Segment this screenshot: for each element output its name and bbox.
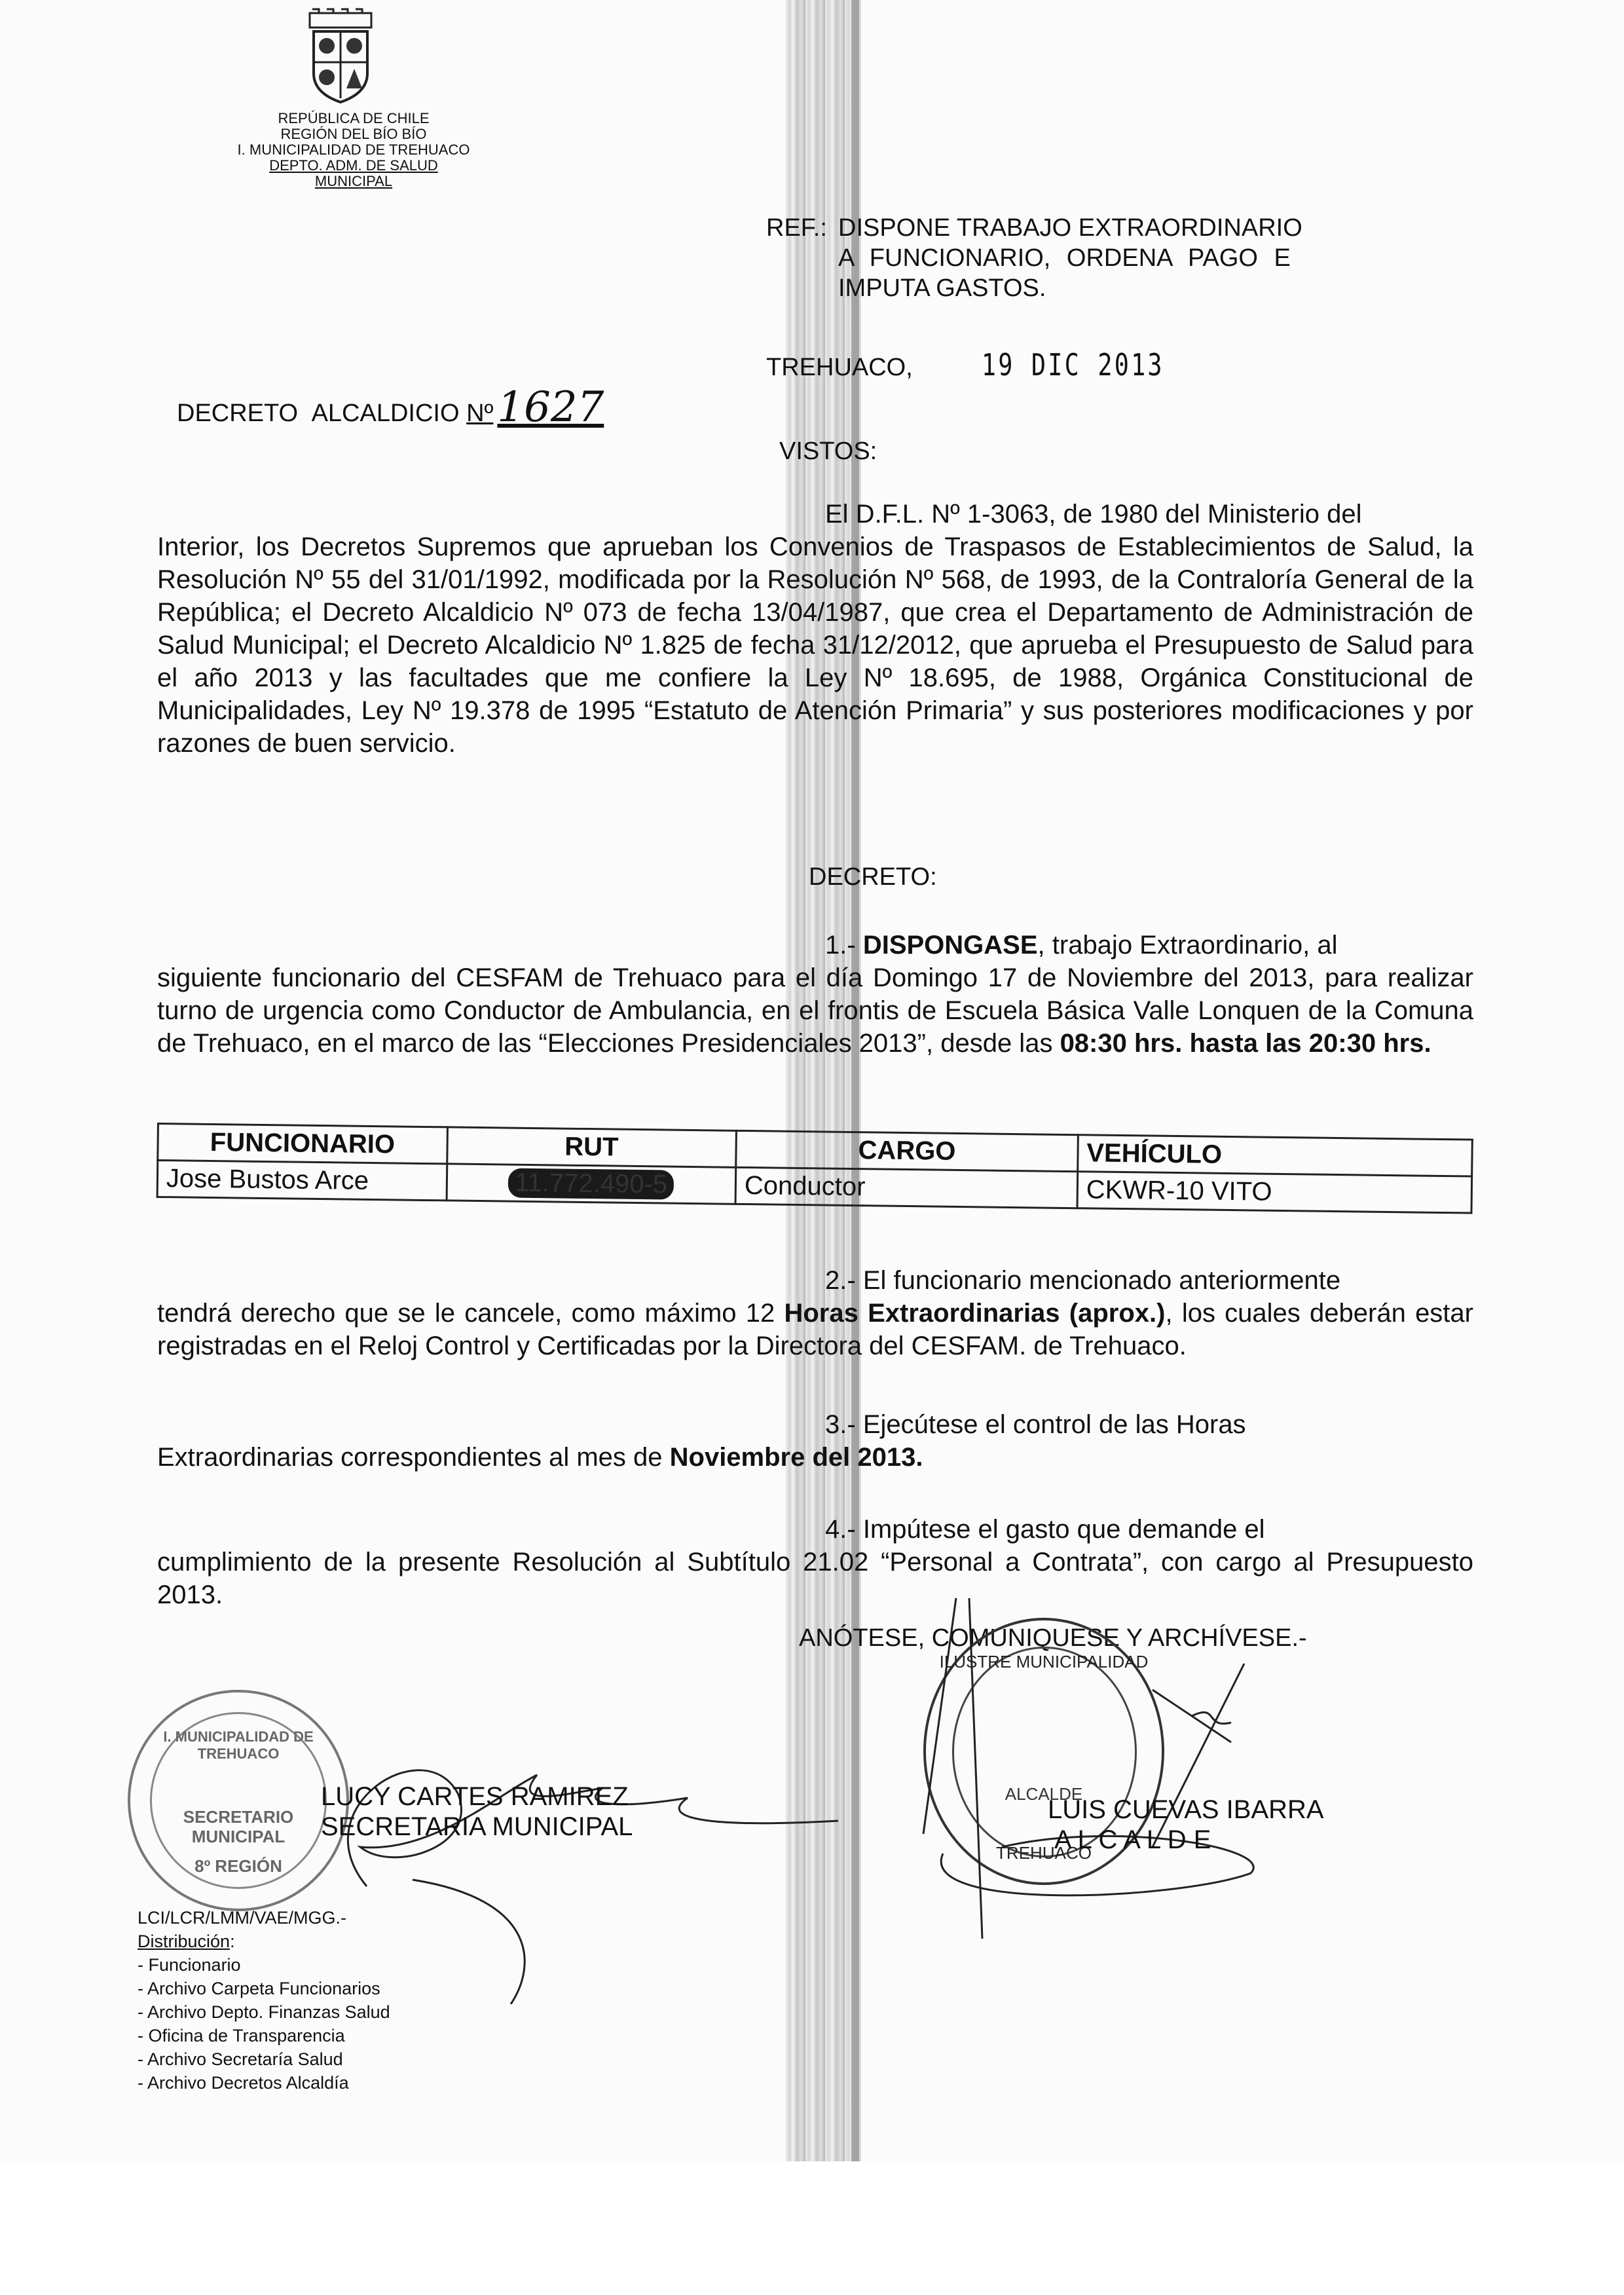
item-lead: Impútese el gasto que demande el	[863, 1515, 1265, 1544]
reference-block: REF.: DISPONE TRABAJO EXTRAORDINARIO A F…	[766, 213, 1302, 303]
distribution-item: - Funcionario	[138, 1953, 390, 1977]
item-lead: El funcionario mencionado anteriormente	[863, 1266, 1340, 1295]
vistos-title: VISTOS:	[779, 438, 877, 466]
secretary-name: LUCY CARTES RAMIREZ	[321, 1782, 633, 1812]
handwritten-number: 1627	[497, 383, 604, 432]
decreto-title: DECRETO:	[809, 863, 937, 891]
item-body: tendrá derecho que se le cancele, como m…	[157, 1299, 784, 1328]
page-bottom-margin	[0, 2161, 1624, 2295]
col-funcionario: FUNCIONARIO	[158, 1124, 447, 1164]
distribution-item: - Archivo Depto. Finanzas Salud	[138, 2000, 390, 2024]
distribution-item: - Oficina de Transparencia	[138, 2024, 390, 2047]
item-lead: , trabajo Extraordinario, al	[1038, 931, 1338, 960]
place-date: TREHUACO, 19 DIC 2013	[766, 347, 1187, 382]
item-mid: . hasta las	[1175, 1029, 1309, 1058]
reference-label: REF.:	[766, 213, 838, 243]
cell-cargo: Conductor	[735, 1167, 1077, 1208]
vistos-body: Interior, los Decretos Supremos que apru…	[157, 532, 1473, 758]
mayor-name: LUIS CUEVAS IBARRA	[1048, 1795, 1324, 1825]
cell-funcionario: Jose Bustos Arce	[157, 1161, 447, 1201]
time-from: 08:30 hrs	[1060, 1029, 1175, 1058]
item-body: Extraordinarias correspondientes al mes …	[157, 1443, 670, 1472]
cell-vehiculo: CKWR-10 VITO	[1077, 1172, 1472, 1213]
item-lead-bold: DISPONGASE	[863, 931, 1038, 960]
header-line: REGIÓN DEL BÍO BÍO	[236, 126, 471, 142]
mayor-signature-block: LUIS CUEVAS IBARRA A L C A L D E	[1048, 1795, 1324, 1855]
item-number: 1.-	[825, 931, 856, 960]
staff-table: FUNCIONARIO RUT CARGO VEHÍCULO Jose Bust…	[157, 1123, 1473, 1214]
date-stamp: 19 DIC 2013	[982, 347, 1164, 382]
decree-label: DECRETO ALCALDICIO	[177, 400, 460, 427]
item-number: 2.-	[825, 1266, 856, 1295]
reference-line: IMPUTA GASTOS.	[838, 273, 1302, 303]
document-page: REPÚBLICA DE CHILE REGIÓN DEL BÍO BÍO I.…	[0, 0, 1624, 2295]
item-lead: Ejecútese el control de las Horas	[863, 1410, 1246, 1439]
cell-rut-redacted: 11.772.490-5	[508, 1168, 674, 1200]
number-prefix: Nº	[466, 400, 493, 427]
coat-of-arms-icon	[304, 7, 377, 105]
vistos-paragraph: El D.F.L. Nº 1-3063, de 1980 del Ministe…	[157, 498, 1473, 760]
decree-number: DECRETO ALCALDICIO Nº1627	[177, 383, 604, 432]
distribution-footer: LCI/LCR/LMM/VAE/MGG.- Distribución: - Fu…	[138, 1906, 390, 2095]
initials: LCI/LCR/LMM/VAE/MGG.-	[138, 1906, 390, 1930]
secretary-title: SECRETARIA MUNICIPAL	[321, 1812, 633, 1842]
header-line: DEPTO. ADM. DE SALUD MUNICIPAL	[236, 158, 471, 189]
secretary-signature-block: LUCY CARTES RAMIREZ SECRETARIA MUNICIPAL	[321, 1782, 633, 1842]
distribution-item: - Archivo Secretaría Salud	[138, 2047, 390, 2071]
col-vehiculo: VEHÍCULO	[1078, 1135, 1473, 1176]
decree-item-2: 2.- El funcionario mencionado anteriorme…	[157, 1264, 1473, 1362]
item-bold: Horas Extraordinarias (aprox.)	[784, 1299, 1165, 1328]
place: TREHUACO,	[766, 354, 913, 381]
col-cargo: CARGO	[736, 1130, 1078, 1171]
header-line: REPÚBLICA DE CHILE	[236, 111, 471, 126]
distribution-item: - Archivo Decretos Alcaldía	[138, 2071, 390, 2095]
item-number: 3.-	[825, 1410, 856, 1439]
header-line: I. MUNICIPALIDAD DE TREHUACO	[236, 142, 471, 158]
item-number: 4.-	[825, 1515, 856, 1544]
mayor-title: A L C A L D E	[1048, 1825, 1324, 1855]
decree-item-3: 3.- Ejecútese el control de las Horas Ex…	[157, 1408, 1473, 1474]
col-rut: RUT	[447, 1127, 736, 1167]
reference-line: A FUNCIONARIO, ORDENA PAGO E	[838, 243, 1302, 273]
decree-item-1: 1.- DISPONGASE, trabajo Extraordinario, …	[157, 929, 1473, 1060]
mayor-signature-icon	[786, 1572, 1441, 1939]
letterhead: REPÚBLICA DE CHILE REGIÓN DEL BÍO BÍO I.…	[236, 7, 471, 189]
item-bold: Noviembre del 2013.	[670, 1443, 923, 1472]
reference-line: DISPONE TRABAJO EXTRAORDINARIO	[838, 213, 1302, 243]
vistos-first-line: El D.F.L. Nº 1-3063, de 1980 del Ministe…	[157, 498, 1473, 531]
time-to: 20:30 hrs.	[1309, 1029, 1431, 1058]
distribution-label: Distribución	[138, 1931, 230, 1951]
distribution-item: - Archivo Carpeta Funcionarios	[138, 1977, 390, 2000]
